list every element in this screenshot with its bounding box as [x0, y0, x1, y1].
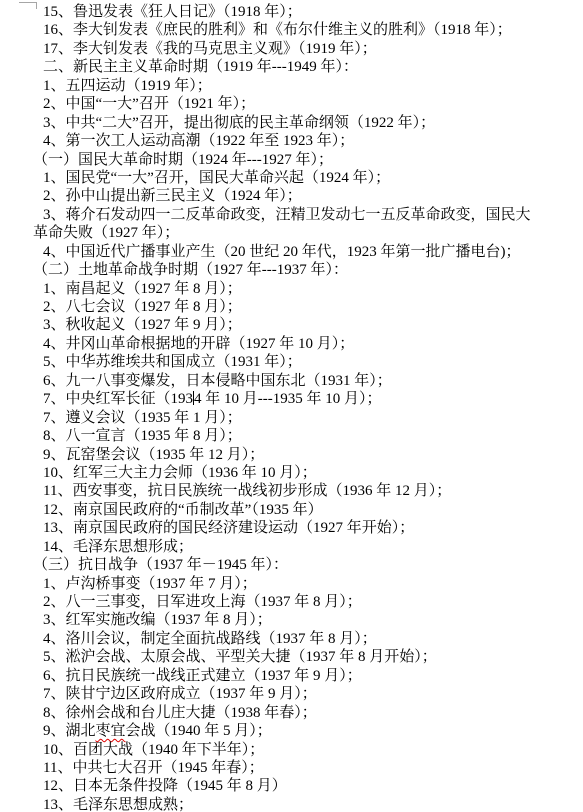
- document-line[interactable]: 4、中国近代广播事业产生（20 世纪 20 年代，1923 年第一批广播电台)；: [33, 243, 575, 261]
- document-line[interactable]: 1、国民党“一大”召开，国民大革命兴起（1924 年）；: [33, 169, 575, 187]
- spellcheck-squiggle-text: 枣宜: [96, 723, 126, 739]
- document-line[interactable]: 8、八一宣言（1935 年 8 月）；: [33, 427, 575, 445]
- document-page: 15、鲁迅发表《狂人日记》（1918 年）；16、李大钊发表《庶民的胜利》和《布…: [0, 0, 583, 812]
- document-line[interactable]: 7、陕甘宁边区政府成立（1937 年 9 月）；: [33, 685, 575, 703]
- document-line[interactable]: 5、中华苏维埃共和国成立（1931 年）；: [33, 353, 575, 371]
- document-line[interactable]: （三）抗日战争（1937 年－1945 年）：: [33, 556, 575, 574]
- document-line[interactable]: 2、八一三事变，日军进攻上海（1937 年 8 月）；: [33, 593, 575, 611]
- document-line[interactable]: 9、瓦窑堡会议（1935 年 12 月）；: [33, 446, 575, 464]
- line-text: 9、湖北: [43, 723, 96, 739]
- document-line[interactable]: 16、李大钊发表《庶民的胜利》和《布尔什维主义的胜利》（1918 年）；: [33, 21, 575, 39]
- document-line[interactable]: 革命失败（1927 年）；: [33, 224, 575, 242]
- document-line[interactable]: 10、红军三大主力会师（1936 年 10 月）；: [33, 464, 575, 482]
- document-line[interactable]: 2、八七会议（1927 年 8 月）；: [33, 298, 575, 316]
- document-line[interactable]: 11、中共七大召开（1945 年春）；: [33, 759, 575, 777]
- line-text: 4 年 10 月---1935 年 10 月）；: [194, 391, 382, 407]
- document-line[interactable]: 3、蒋介石发动四一二反革命政变，汪精卫发动七一五反革命政变，国民大: [33, 206, 575, 224]
- document-line[interactable]: 4、井冈山革命根据地的开辟（1927 年 10 月）；: [33, 335, 575, 353]
- document-line[interactable]: 1、卢沟桥事变（1937 年 7 月）；: [33, 575, 575, 593]
- document-line[interactable]: 5、淞沪会战、太原会战、平型关大捷（1937 年 8 月开始）；: [33, 648, 575, 666]
- document-line[interactable]: 4、洛川会议，制定全面抗战路线（1937 年 8 月）；: [33, 630, 575, 648]
- document-line[interactable]: 11、西安事变，抗日民族统一战线初步形成（1936 年 12 月）；: [33, 482, 575, 500]
- document-line[interactable]: 15、鲁迅发表《狂人日记》（1918 年）；: [33, 3, 575, 21]
- document-line[interactable]: 12、南京国民政府的“币制改革”（1935 年）: [33, 501, 575, 519]
- document-line[interactable]: 1、南昌起义（1927 年 8 月）；: [33, 280, 575, 298]
- document-line[interactable]: 6、抗日民族统一战线正式建立（1937 年 9 月）；: [33, 667, 575, 685]
- document-line[interactable]: 二、新民主主义革命时期（1919 年---1949 年）：: [33, 58, 575, 76]
- document-line[interactable]: 10、百团大战（1940 年下半年）；: [33, 741, 575, 759]
- document-line[interactable]: 2、孙中山提出新三民主义（1924 年）；: [33, 187, 575, 205]
- document-line[interactable]: 3、秋收起义（1927 年 9 月）；: [33, 316, 575, 334]
- document-line[interactable]: 4、第一次工人运动高潮（1922 年至 1923 年）；: [33, 132, 575, 150]
- document-line[interactable]: （一）国民大革命时期（1924 年---1927 年）；: [33, 151, 575, 169]
- document-line[interactable]: 13、南京国民政府的国民经济建设运动（1927 年开始）；: [33, 519, 575, 537]
- document-line[interactable]: 7、中央红军长征（1934 年 10 月---1935 年 10 月）；: [33, 390, 575, 408]
- line-text: 7、中央红军长征（193: [43, 391, 193, 407]
- document-line[interactable]: 1、五四运动（1919 年）；: [33, 77, 575, 95]
- document-line[interactable]: （二）土地革命战争时期（1927 年---1937 年）：: [33, 261, 575, 279]
- document-line[interactable]: 12、日本无条件投降（1945 年 8 月）: [33, 777, 575, 795]
- document-line[interactable]: 9、湖北枣宜会战（1940 年 5 月）；: [33, 722, 575, 740]
- document-body[interactable]: 15、鲁迅发表《狂人日记》（1918 年）；16、李大钊发表《庶民的胜利》和《布…: [33, 3, 575, 812]
- document-line[interactable]: 13、毛泽东思想成熟；: [33, 796, 575, 812]
- document-line[interactable]: 14、毛泽东思想形成；: [33, 538, 575, 556]
- document-line[interactable]: 2、中国“一大”召开（1921 年）；: [33, 95, 575, 113]
- document-line[interactable]: 17、李大钊发表《我的马克思主义观》（1919 年）；: [33, 40, 575, 58]
- document-line[interactable]: 8、徐州会战和台儿庄大捷（1938 年春）；: [33, 704, 575, 722]
- document-line[interactable]: 7、遵义会议（1935 年 1 月）；: [33, 409, 575, 427]
- document-line[interactable]: 3、中共“二大”召开，提出彻底的民主革命纲领（1922 年）；: [33, 114, 575, 132]
- document-line[interactable]: 6、九一八事变爆发，日本侵略中国东北（1931 年）；: [33, 372, 575, 390]
- line-text: 会战（1940 年 5 月）；: [126, 723, 272, 739]
- document-line[interactable]: 3、红军实施改编（1937 年 8 月）；: [33, 611, 575, 629]
